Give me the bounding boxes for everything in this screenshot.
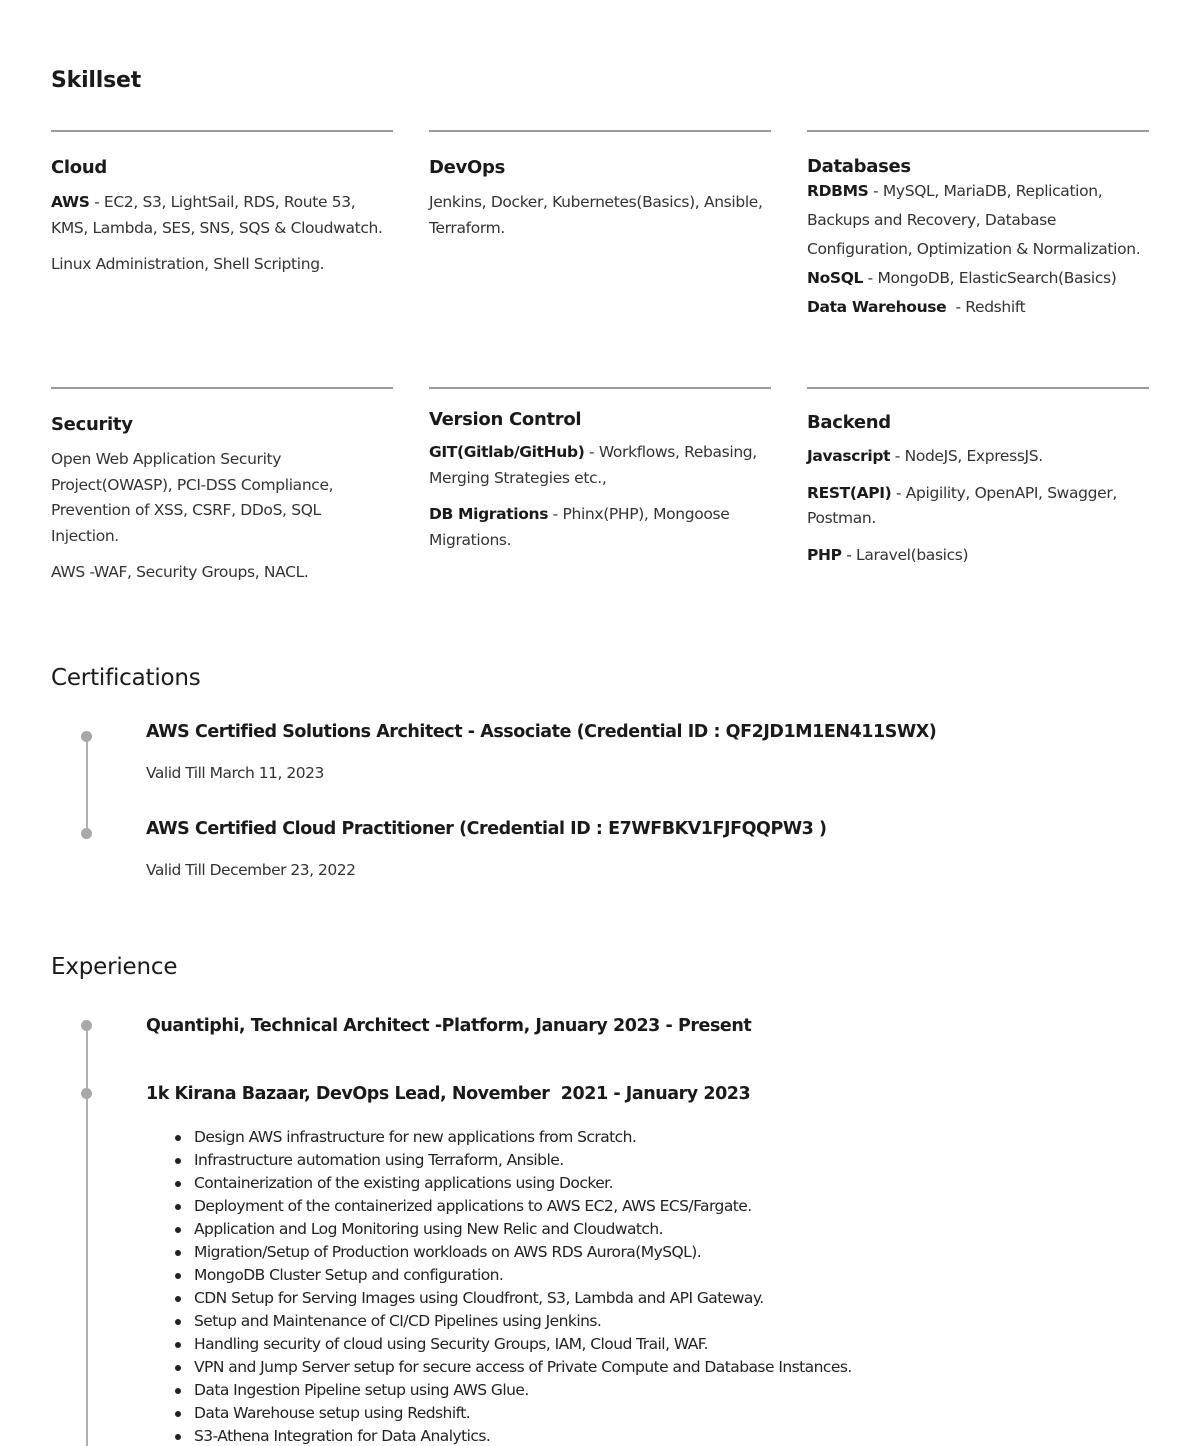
divider (807, 387, 1149, 389)
duty-item: Infrastructure automation using Terrafor… (194, 1149, 852, 1172)
skill-entry: GIT(Gitlab/GitHub) - Workflows, Rebasing… (429, 440, 771, 491)
skill-entry: Linux Administration, Shell Scripting. (51, 252, 393, 278)
certification-validity: Valid Till March 11, 2023 (146, 764, 324, 782)
skill-heading: Security (51, 414, 393, 435)
duty-item: Migration/Setup of Production workloads … (194, 1241, 852, 1264)
job-heading: Quantiphi, Technical Architect -Platform… (146, 1016, 751, 1036)
skill-entry: AWS -WAF, Security Groups, NACL. (51, 560, 393, 586)
skill-entry: Open Web Application Security Project(OW… (51, 447, 393, 549)
duty-item: Deployment of the containerized applicat… (194, 1195, 852, 1218)
duty-item: MongoDB Cluster Setup and configuration. (194, 1264, 852, 1287)
duty-item: Design AWS infrastructure for new applic… (194, 1126, 852, 1149)
skill-entry: AWS - EC2, S3, LightSail, RDS, Route 53,… (51, 190, 393, 241)
divider (429, 387, 771, 389)
skill-entry: REST(API) - Apigility, OpenAPI, Swagger,… (807, 481, 1149, 532)
skill-entry: Jenkins, Docker, Kubernetes(Basics), Ans… (429, 190, 771, 241)
duty-item: Data Ingestion Pipeline setup using AWS … (194, 1379, 852, 1402)
skill-heading: Version Control (429, 409, 771, 430)
divider (429, 130, 771, 132)
skill-heading: DevOps (429, 157, 771, 178)
skill-heading: Databases (807, 156, 1149, 177)
timeline-dot-icon (81, 1020, 92, 1031)
skill-entry: DB Migrations - Phinx(PHP), Mongoose Mig… (429, 502, 771, 553)
duty-item: Data Warehouse setup using Redshift. (194, 1402, 852, 1425)
timeline-dot-icon (81, 1088, 92, 1099)
skill-entry: Data Warehouse - Redshift (807, 293, 1149, 322)
divider (51, 130, 393, 132)
duty-item: VPN and Jump Server setup for secure acc… (194, 1356, 852, 1379)
certification-validity: Valid Till December 23, 2022 (146, 861, 355, 879)
timeline-dot-icon (81, 828, 92, 839)
experience-section-title: Experience (51, 954, 177, 980)
divider (807, 130, 1149, 132)
certification-name: AWS Certified Cloud Practitioner (Creden… (146, 819, 827, 839)
duty-item: S3-Athena Integration for Data Analytics… (194, 1425, 852, 1446)
skillset-section-title: Skillset (51, 68, 141, 93)
job-duties-list: Design AWS infrastructure for new applic… (146, 1126, 852, 1446)
skill-cell-version-control: Version Control GIT(Gitlab/GitHub) - Wor… (429, 387, 771, 564)
duty-item: CDN Setup for Serving Images using Cloud… (194, 1287, 852, 1310)
skill-heading: Backend (807, 412, 1149, 433)
skill-cell-backend: Backend Javascript - NodeJS, ExpressJS. … (807, 387, 1149, 579)
skill-entry: PHP - Laravel(basics) (807, 543, 1149, 569)
skill-cell-cloud: Cloud AWS - EC2, S3, LightSail, RDS, Rou… (51, 130, 393, 289)
divider (51, 387, 393, 389)
duty-item: Handling security of cloud using Securit… (194, 1333, 852, 1356)
skill-cell-security: Security Open Web Application Security P… (51, 387, 393, 597)
timeline-dot-icon (81, 731, 92, 742)
skill-entry: RDBMS - MySQL, MariaDB, Replication, Bac… (807, 177, 1149, 264)
certifications-section-title: Certifications (51, 665, 201, 691)
skill-cell-devops: DevOps Jenkins, Docker, Kubernetes(Basic… (429, 130, 771, 252)
skill-cell-databases: Databases RDBMS - MySQL, MariaDB, Replic… (807, 130, 1149, 326)
certification-name: AWS Certified Solutions Architect - Asso… (146, 722, 936, 742)
skill-heading: Cloud (51, 157, 393, 178)
timeline-line (86, 737, 88, 833)
duty-item: Containerization of the existing applica… (194, 1172, 852, 1195)
skill-entry: NoSQL - MongoDB, ElasticSearch(Basics) (807, 264, 1149, 293)
duty-item: Setup and Maintenance of CI/CD Pipelines… (194, 1310, 852, 1333)
job-heading: 1k Kirana Bazaar, DevOps Lead, November … (146, 1084, 750, 1104)
duty-item: Application and Log Monitoring using New… (194, 1218, 852, 1241)
skill-entry: Javascript - NodeJS, ExpressJS. (807, 444, 1149, 470)
